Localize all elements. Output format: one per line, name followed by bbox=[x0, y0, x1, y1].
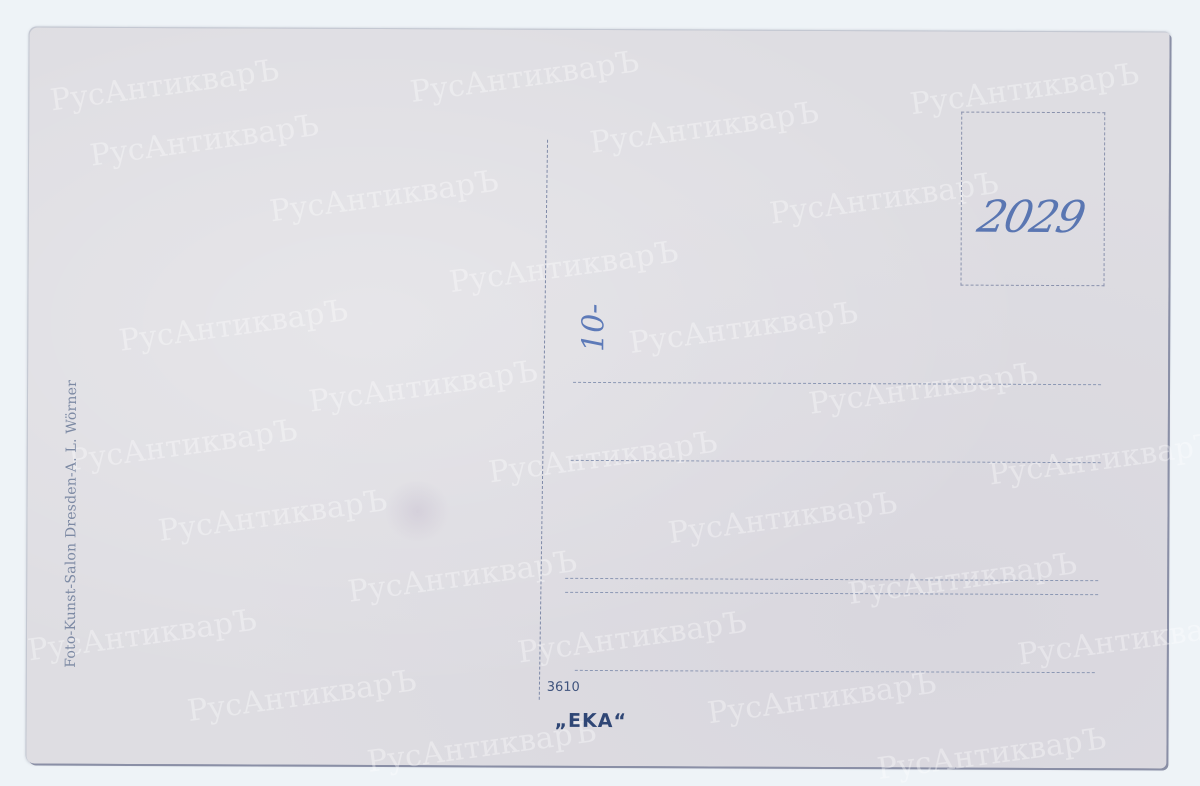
watermark: РусАнтикварЪ bbox=[666, 485, 899, 551]
brand-mark: „EKA“ bbox=[555, 710, 627, 732]
watermark: РусАнтикварЪ bbox=[117, 293, 350, 359]
watermark: РусАнтикварЪ bbox=[986, 427, 1200, 493]
watermark: РусАнтикварЪ bbox=[588, 95, 821, 161]
watermark: РусАнтикварЪ bbox=[447, 234, 680, 300]
watermark: РусАнтикварЪ bbox=[26, 603, 259, 669]
watermark: РусАнтикварЪ bbox=[486, 425, 719, 491]
handwritten-stamp-number: 2029 bbox=[973, 192, 1088, 243]
address-line bbox=[565, 592, 1098, 595]
watermark: РусАнтикварЪ bbox=[705, 666, 938, 732]
watermark: РусАнтикварЪ bbox=[807, 356, 1040, 422]
paper-stain bbox=[382, 481, 452, 541]
address-line bbox=[573, 382, 1101, 385]
address-line bbox=[565, 578, 1098, 581]
watermark: РусАнтикварЪ bbox=[307, 354, 540, 420]
watermark: РусАнтикварЪ bbox=[516, 605, 749, 671]
watermark: РусАнтикварЪ bbox=[408, 44, 641, 110]
watermark: РусАнтикварЪ bbox=[88, 108, 321, 174]
watermark: РусАнтикварЪ bbox=[156, 483, 389, 549]
watermark: РусАнтикварЪ bbox=[627, 295, 860, 361]
address-line bbox=[571, 460, 1101, 463]
watermark: РусАнтикварЪ bbox=[48, 53, 281, 119]
publisher-imprint: Foto-Kunst-Salon Dresden-A. L. Wörner bbox=[63, 380, 80, 668]
address-line bbox=[575, 670, 1095, 673]
watermark: РусАнтикварЪ bbox=[875, 721, 1108, 786]
vertical-divider bbox=[539, 140, 548, 700]
watermark: РусАнтикварЪ bbox=[66, 413, 299, 479]
watermark: РусАнтикварЪ bbox=[346, 544, 579, 610]
watermark: РусАнтикварЪ bbox=[268, 164, 501, 230]
watermark: РусАнтикварЪ bbox=[185, 663, 418, 729]
postcard-back: РусАнтикварЪ РусАнтикварЪ РусАнтикварЪ Р… bbox=[26, 28, 1169, 769]
watermark: РусАнтикварЪ bbox=[1016, 607, 1200, 673]
catalog-number: 3610 bbox=[547, 680, 580, 695]
handwritten-price: 10- bbox=[576, 304, 611, 352]
